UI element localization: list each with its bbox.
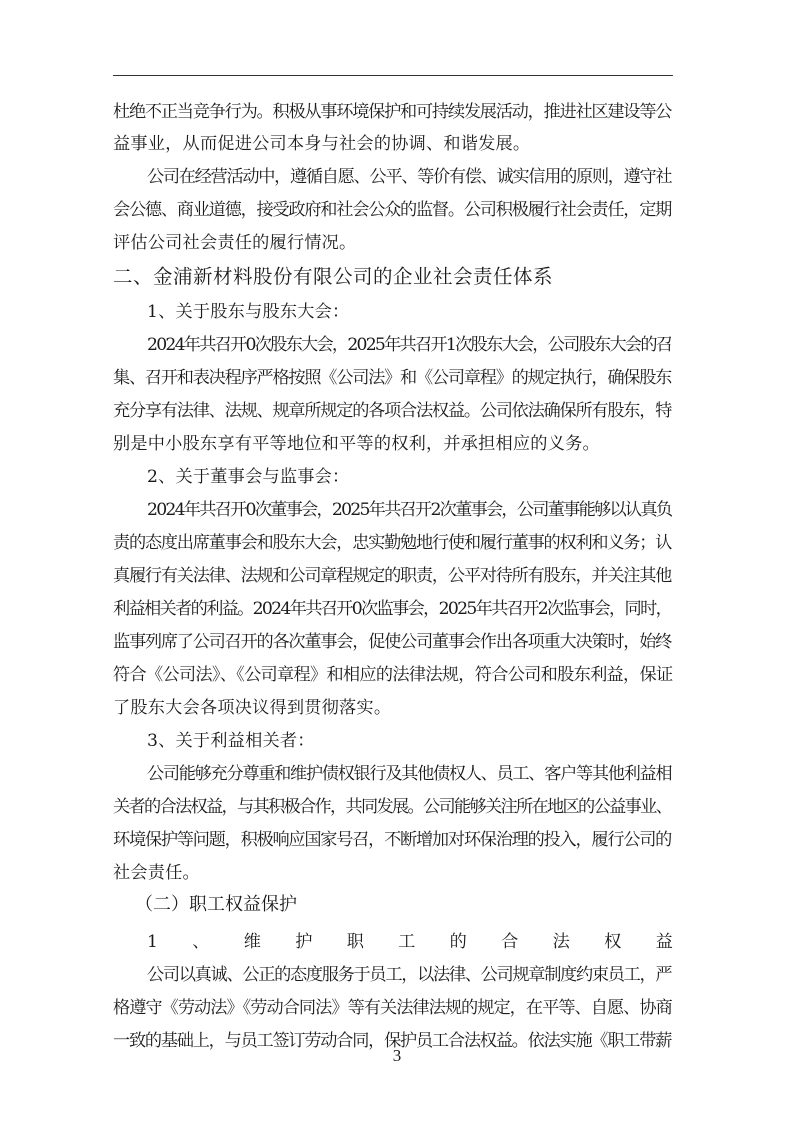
text-line: 别是中小股东享有平等地位和平等的权利，并承担相应的义务。 [113,433,600,455]
text-line: 真履行有关法律、法规和公司章程规定的职责，公平对待所有股东，并关注其他 [113,565,671,587]
text-line: 1、维护职工的合法权益 [147,931,707,953]
text-line: 公司在经营活动中，遵循自愿、公平、等价有偿、诚实信用的原则，遵守社 [147,166,671,188]
text-line: 会公德、商业道德，接受政府和社会公众的监督。公司积极履行社会责任，定期 [113,199,671,221]
section-heading: 二、金浦新材料股份有限公司的企业社会责任体系 [113,264,553,290]
text-line: 关者的合法权益，与其积极合作，共同发展。公司能够关注所在地区的公益事业、 [113,796,671,818]
text-line: 符合《公司法》、《公司章程》和相应的法律法规，符合公司和股东利益，保证 [113,664,672,686]
text-line: 2024年共召开0次董事会，2025年共召开2次董事会，公司董事能够以认真负 [147,499,671,521]
text-line: 2024年共召开0次股东大会，2025年共召开1次股东大会，公司股东大会的召 [147,334,671,356]
text-line: 责的态度出席董事会和股东大会，忠实勤勉地行使和履行董事的权利和义务；认 [113,532,671,554]
text-line: 1、关于股东与股东大会： [147,301,349,323]
text-line: 公司能够充分尊重和维护债权银行及其他债权人、员工、客户等其他利益相 [147,763,671,785]
subsection-heading: （二）职工权益保护 [135,893,297,917]
text-line: 集、召开和表决程序严格按照《公司法》和《公司章程》的规定执行，确保股东 [113,367,671,389]
text-line: 了股东大会各项决议得到贯彻落实。 [113,697,391,719]
page-number: 3 [0,1046,794,1066]
text-line: 杜绝不正当竞争行为。积极从事环境保护和可持续发展活动，推进社区建设等公 [113,101,671,123]
text-line: 益事业，从而促进公司本身与社会的协调、和谐发展。 [113,133,530,155]
text-line: 2、关于董事会与监事会： [147,466,349,488]
text-line: 格遵守《劳动法》《劳动合同法》等有关法律法规的规定，在平等、自愿、协商 [113,997,672,1019]
text-line: 评估公司社会责任的履行情况。 [113,232,356,254]
text-line: 环境保护等问题，积极响应国家号召，不断增加对环保治理的投入，履行公司的 [113,829,671,851]
text-line: 利益相关者的利益。2024年共召开0次监事会，2025年共召开2次监事会，同时， [113,598,671,620]
text-line: 社会责任。 [113,862,200,884]
text-line: 公司以真诚、公正的态度服务于员工，以法律、公司规章制度约束员工，严 [147,964,671,986]
header-rule [113,75,673,76]
text-line: 监事列席了公司召开的各次董事会，促使公司董事会作出各项重大决策时，始终 [113,631,671,653]
text-line: 3、关于利益相关者： [147,730,315,752]
text-line: 充分享有法律、法规、规章所规定的各项合法权益。公司依法确保所有股东，特 [113,400,671,422]
